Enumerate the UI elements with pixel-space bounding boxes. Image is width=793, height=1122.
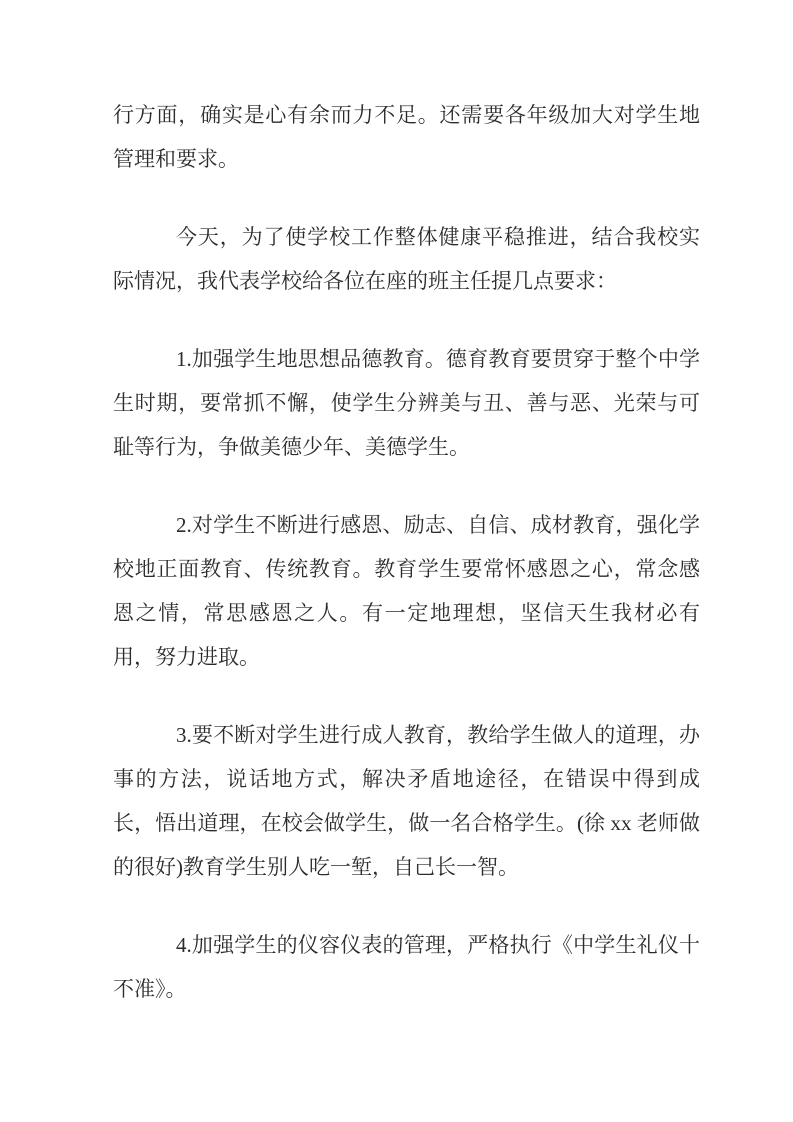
document-body: 行方面，确实是心有余而力不足。还需要各年级加大对学生地管理和要求。 今天，为了使… <box>113 93 700 1011</box>
paragraph-continuation: 行方面，确实是心有余而力不足。还需要各年级加大对学生地管理和要求。 <box>113 93 700 181</box>
paragraph-item-3: 3.要不断对学生进行成人教育，教给学生做人的道理，办事的方法，说话地方式，解决矛… <box>113 713 700 889</box>
document-page: 行方面，确实是心有余而力不足。还需要各年级加大对学生地管理和要求。 今天，为了使… <box>0 0 793 1122</box>
paragraph-item-2: 2.对学生不断进行感恩、励志、自信、成材教育，强化学校地正面教育、传统教育。教育… <box>113 503 700 679</box>
paragraph-item-4: 4.加强学生的仪容仪表的管理，严格执行《中学生礼仪十不准》。 <box>113 923 700 1011</box>
paragraph-intro: 今天，为了使学校工作整体健康平稳推进，结合我校实际情况，我代表学校给各位在座的班… <box>113 215 700 303</box>
paragraph-item-1: 1.加强学生地思想品德教育。德育教育要贯穿于整个中学生时期，要常抓不懈，使学生分… <box>113 337 700 469</box>
